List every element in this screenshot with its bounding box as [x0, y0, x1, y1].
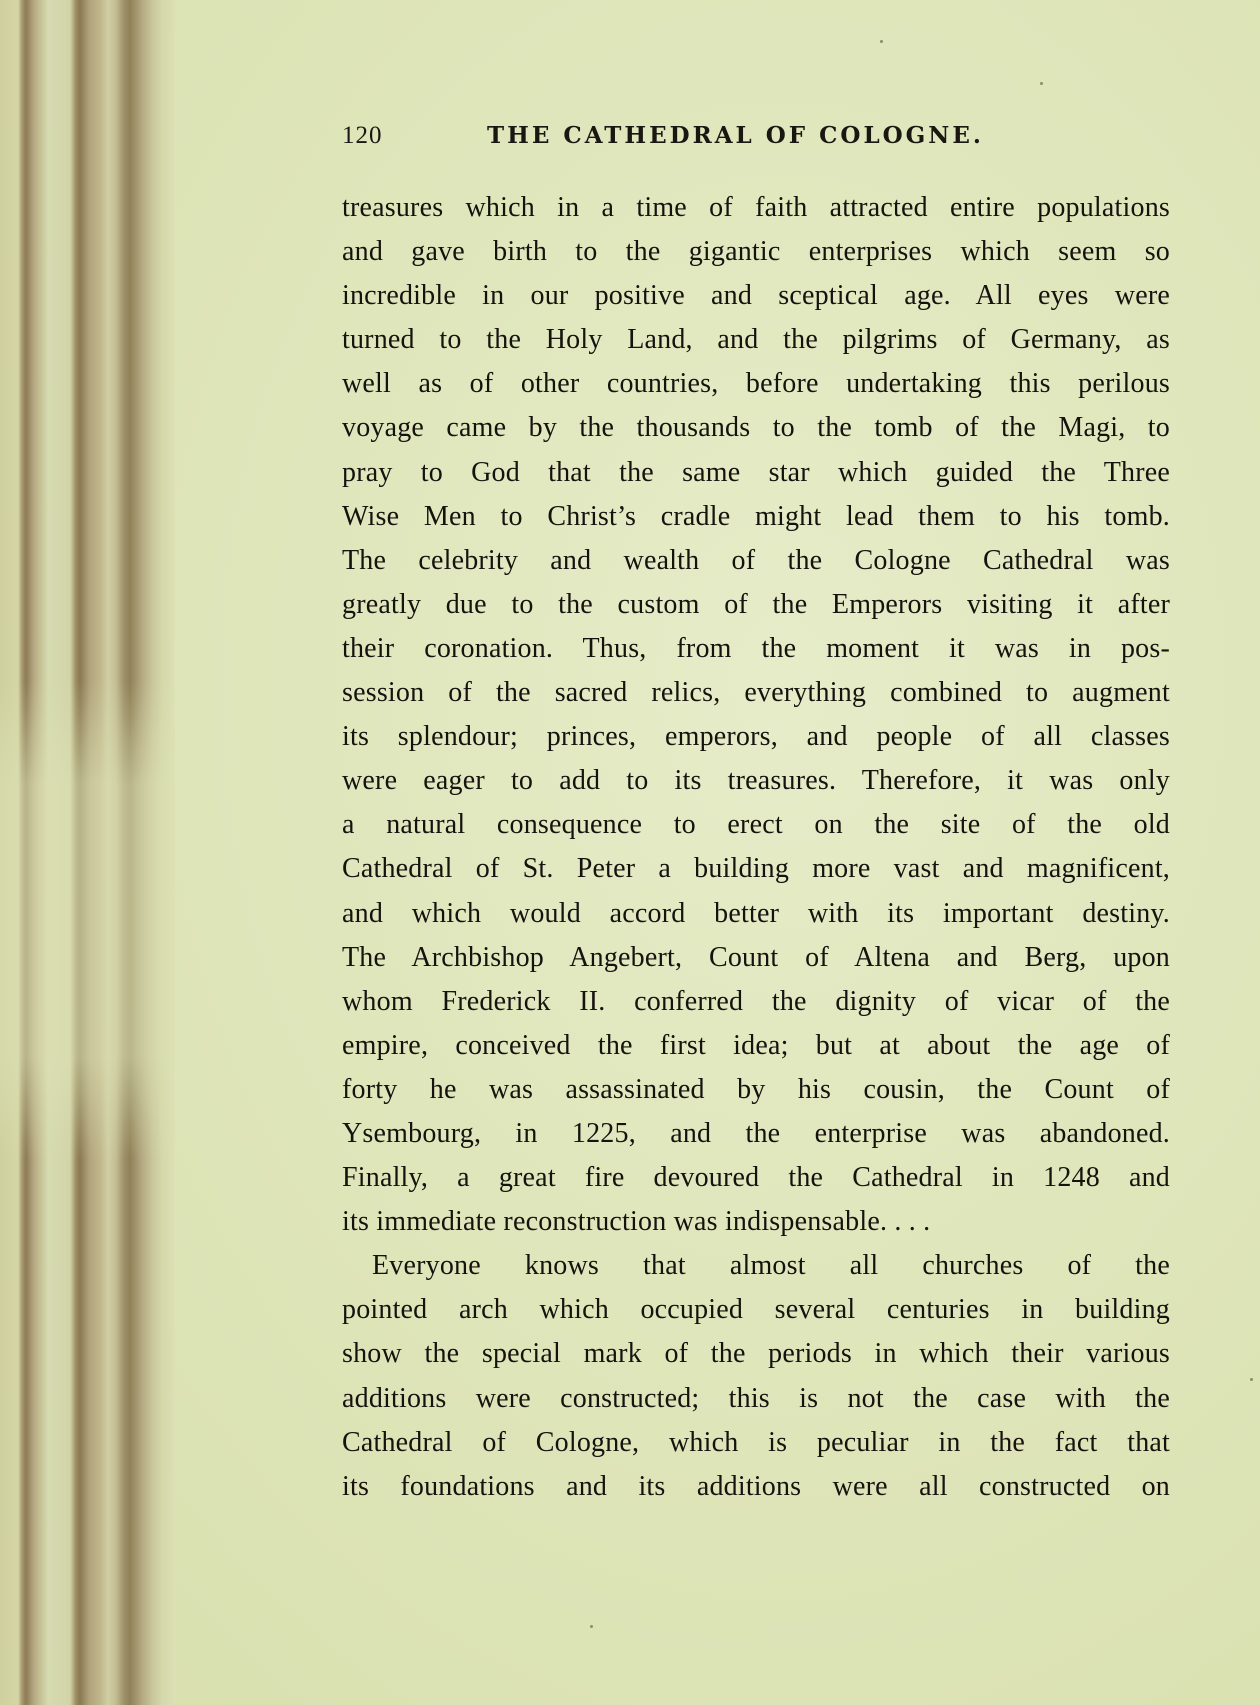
paper-speck	[880, 40, 883, 43]
paper-speck	[590, 1625, 593, 1628]
text-line: whom Frederick II. conferred the dignity…	[342, 980, 1170, 1024]
text-line: voyage came by the thousands to the tomb…	[342, 406, 1170, 450]
text-line: Ysembourg, in 1225, and the enterprise w…	[342, 1112, 1170, 1156]
text-line: Wise Men to Christ’s cradle might lead t…	[342, 495, 1170, 539]
text-line: Cathedral of St. Peter a building more v…	[342, 847, 1170, 891]
text-line: empire, conceived the first idea; but at…	[342, 1024, 1170, 1068]
text-line: The celebrity and wealth of the Cologne …	[342, 539, 1170, 583]
text-line: session of the sacred relics, everything…	[342, 671, 1170, 715]
text-line: treasures which in a time of faith attra…	[342, 186, 1170, 230]
stacked-page-edges	[0, 0, 175, 1705]
text-line: its foundations and its additions were a…	[342, 1465, 1170, 1509]
text-line: and which would accord better with its i…	[342, 892, 1170, 936]
text-line: pointed arch which occupied several cent…	[342, 1288, 1170, 1332]
paper-speck	[1040, 82, 1043, 85]
text-line: a natural consequence to erect on the si…	[342, 803, 1170, 847]
text-line: additions were constructed; this is not …	[342, 1377, 1170, 1421]
text-line: Cathedral of Cologne, which is peculiar …	[342, 1421, 1170, 1465]
text-line: incredible in our positive and sceptical…	[342, 274, 1170, 318]
text-line: Finally, a great fire devoured the Cathe…	[342, 1156, 1170, 1200]
running-head: 120 THE CATHEDRAL OF COLOGNE.	[342, 122, 1032, 162]
paper-speck	[1250, 1378, 1253, 1381]
text-line: well as of other countries, before under…	[342, 362, 1170, 406]
text-line: show the special mark of the periods in …	[342, 1332, 1170, 1376]
text-line: their coronation. Thus, from the moment …	[342, 627, 1170, 671]
body-text: treasures which in a time of faith attra…	[342, 186, 1170, 1509]
text-line: Everyone knows that almost all churches …	[342, 1244, 1170, 1288]
text-line: forty he was assassinated by his cousin,…	[342, 1068, 1170, 1112]
text-line: were eager to add to its treasures. Ther…	[342, 759, 1170, 803]
text-line: pray to God that the same star which gui…	[342, 451, 1170, 495]
running-title: THE CATHEDRAL OF COLOGNE.	[487, 122, 984, 149]
text-line: turned to the Holy Land, and the pilgrim…	[342, 318, 1170, 362]
page-number: 120	[342, 122, 383, 150]
text-line: The Archbishop Angebert, Count of Altena…	[342, 936, 1170, 980]
text-line: its splendour; princes, emperors, and pe…	[342, 715, 1170, 759]
paragraph-2: Everyone knows that almost all churches …	[342, 1244, 1170, 1509]
book-page: 120 THE CATHEDRAL OF COLOGNE. treasures …	[0, 0, 1260, 1705]
text-line: and gave birth to the gigantic enterpris…	[342, 230, 1170, 274]
text-line: its immediate reconstruction was indispe…	[342, 1200, 1170, 1244]
text-line: greatly due to the custom of the Emperor…	[342, 583, 1170, 627]
paragraph-1: treasures which in a time of faith attra…	[342, 186, 1170, 1244]
